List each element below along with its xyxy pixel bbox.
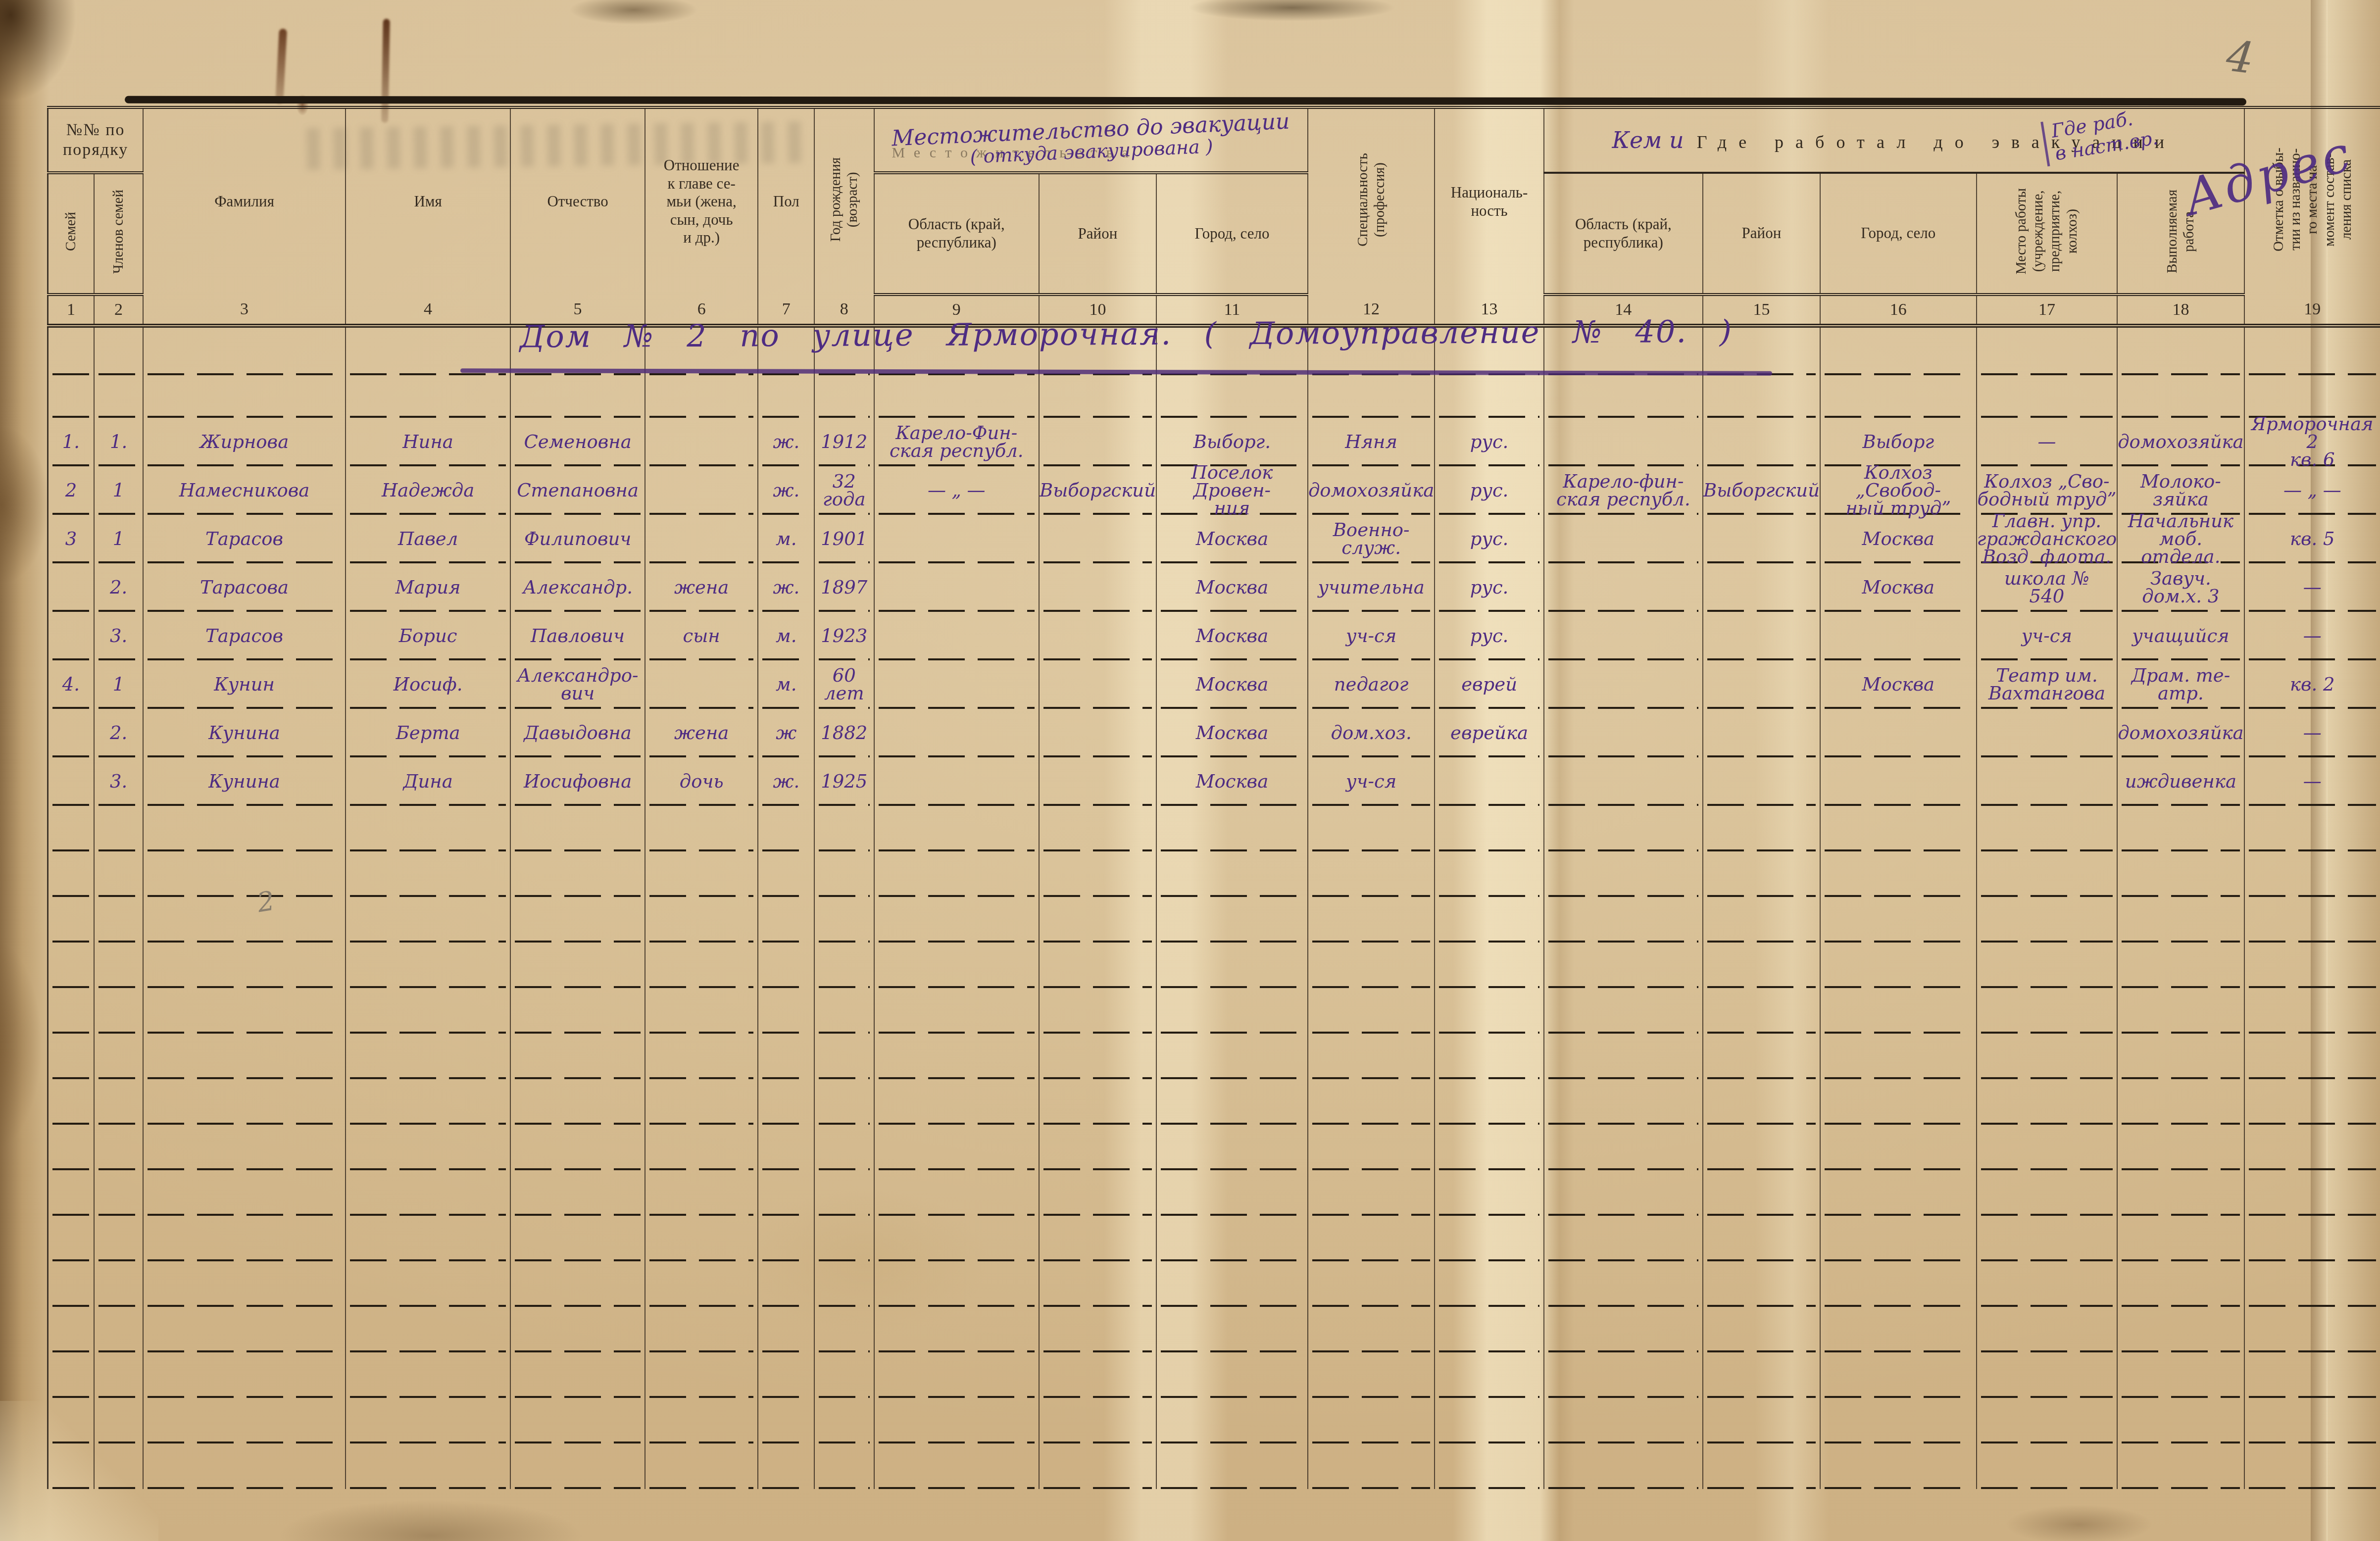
cell: Военно- служ. [1308,515,1435,563]
cell [94,943,143,988]
cell [1039,1398,1156,1443]
cell [645,806,758,851]
cell-content [1435,1216,1543,1261]
cell [2244,988,2380,1034]
col-header-11: Город, село [1194,225,1269,242]
cell-content: Борис [346,612,510,660]
cell-content [49,1216,94,1261]
cell-content: м. [758,612,814,660]
cell-content: Москва [1157,757,1307,806]
cell [346,943,511,988]
cell-content: Дина [346,757,510,806]
cell-content [875,1170,1039,1216]
cell: дом.хоз. [1308,709,1435,757]
cell-content: домохозяйка [1308,466,1434,515]
cell [1544,943,1703,988]
cell-content [1821,1079,1976,1125]
cell [1820,943,1977,988]
cell-content: Выборгский [1040,466,1156,515]
cell-content: 1. [95,418,143,466]
col-header-1: Семей [62,212,79,251]
cell-content [2245,943,2380,988]
cell-content: 1. [49,418,94,466]
cell-content: Карело-фин- ская республ. [1544,466,1702,515]
cell [1977,988,2117,1034]
cell-content [1435,1398,1543,1443]
cell-content [1308,1352,1434,1398]
cell [758,988,814,1034]
cell-content [1977,1170,2117,1216]
cell [143,1307,346,1352]
smudge [1188,0,1396,21]
cell [758,1034,814,1079]
cell: 1 [94,466,143,515]
cell-content [1040,1443,1156,1489]
cell-content [758,375,814,418]
cell-content: Начальник моб. отдела. [2118,515,2243,563]
cell [1544,1398,1703,1443]
cell-content [1544,515,1702,563]
cell: Степановна [510,466,645,515]
table-row [48,1125,2380,1170]
cell-content: рус. [1435,612,1543,660]
cell [1544,851,1703,897]
col-header-cell-12: Специальность (профессия) [1308,107,1435,295]
cell-content [1308,897,1434,943]
cell-content [1977,1034,2117,1079]
table-row [48,1170,2380,1216]
cell-content: Выборг [1821,418,1976,466]
ink-drip [275,29,287,104]
cell-content [511,851,644,897]
cell: Мария [346,563,511,612]
cell [1820,1170,1977,1216]
cell-content: 1912 [815,418,873,466]
cell [48,897,94,943]
cell-content [1435,988,1543,1034]
col-header-cell-10: Район [1039,173,1156,295]
cell [1544,1443,1703,1489]
cell [1156,1261,1308,1307]
cell: 3 [48,515,94,563]
street-title-handwriting: Дом № 2 по улице Ярморочная. ( Домоуправ… [520,311,2203,355]
cell-content [1821,757,1976,806]
cell-content [2245,1170,2380,1216]
cell: Александр. [510,563,645,612]
cell-content [875,1307,1039,1352]
cell-content [1977,851,2117,897]
cell [1820,1443,1977,1489]
cell [758,897,814,943]
cell-content [1821,1034,1976,1079]
cell-content [346,1443,510,1489]
cell-content: школа № 540 [1977,563,2117,612]
cell [1544,806,1703,851]
cell [874,1034,1039,1079]
cell-content [1977,897,2117,943]
cell-content [645,660,758,709]
cell [1435,851,1543,897]
cell [1977,1170,2117,1216]
cell [1703,1261,1820,1307]
cell [874,988,1039,1034]
cell-content [2118,1216,2243,1261]
cell-content [1703,1307,1820,1352]
cell-content [49,375,94,418]
col-header-cell-2: Членов семей [94,173,143,295]
cell-content [1703,1125,1820,1170]
cell-content [1544,1307,1702,1352]
cell-content [1157,1352,1307,1398]
cell-content [49,328,94,375]
cell-content [346,988,510,1034]
cell [1703,851,1820,897]
cell [645,1352,758,1398]
paper-left-edge [0,0,50,1541]
cell-content [1040,1352,1156,1398]
col-number-19: 19 [2244,295,2380,326]
cell-content [645,1216,758,1261]
cell-content [1821,1170,1976,1216]
cell [48,1216,94,1261]
cell [1544,988,1703,1034]
cell-content: Семеновна [511,418,644,466]
cell [2117,1443,2244,1489]
cell-content [875,1261,1039,1307]
cell [1544,375,1703,418]
cell [1156,1079,1308,1125]
cell-content: Москва [1157,515,1307,563]
cell [1156,1352,1308,1398]
cell: рус. [1435,563,1543,612]
cell-content [2245,375,2380,418]
cell-content [346,1034,510,1079]
cell [143,1034,346,1079]
cell [645,1398,758,1443]
cell-content: Жирнова [144,418,345,466]
cell-content [1308,1398,1434,1443]
cell: — [2244,612,2380,660]
cell: — [2244,757,2380,806]
cell [1977,1034,2117,1079]
cell-content [1040,660,1156,709]
cell-content [1703,1443,1820,1489]
cell [1039,660,1156,709]
cell [1156,375,1308,418]
cell-content [1157,1034,1307,1079]
cell: 1897 [814,563,874,612]
cell-content [875,515,1039,563]
cell-content [1821,1443,1976,1489]
cell-content [1977,375,2117,418]
col-header-cell-11: Город, село [1156,173,1308,295]
cell [874,806,1039,851]
cell-content [49,897,94,943]
cell-content: Александр. [511,563,644,612]
cell [2117,1261,2244,1307]
cell-content: — „ — [875,466,1039,515]
cell [1308,1079,1435,1125]
cell-content [2118,1443,2243,1489]
cell-content [511,897,644,943]
cell-content [95,1443,143,1489]
cell-content: Тарасов [144,612,345,660]
cell-content [49,757,94,806]
cell [48,1170,94,1216]
cell-content [1703,851,1820,897]
cell: Няня [1308,418,1435,466]
cell [1308,375,1435,418]
cell [2244,1307,2380,1352]
cell [814,375,874,418]
cell-content [1703,1398,1820,1443]
cell-content [1435,1261,1543,1307]
cell [1435,943,1543,988]
cell-content [645,897,758,943]
cell-content: еврейка [1435,709,1543,757]
cell [874,612,1039,660]
cell-content [875,1216,1039,1261]
cell-content [758,806,814,851]
cell [1544,897,1703,943]
cell-content: 4. [49,660,94,709]
cell-content [49,851,94,897]
cell [346,1352,511,1398]
table-row [48,1079,2380,1125]
cell-content [511,1352,644,1398]
cell-content [1308,1170,1434,1216]
cell: Тарасов [143,515,346,563]
cell [814,851,874,897]
col-header-17: Место работы (учреждение, предприятие, к… [2013,188,2081,274]
cell-content [1157,943,1307,988]
cell-content [511,943,644,988]
cell [1039,1125,1156,1170]
cell [1977,375,2117,418]
cell-content [1544,757,1702,806]
cell: Жирнова [143,418,346,466]
cell-content: 1923 [815,612,873,660]
cell-content: Степановна [511,466,644,515]
cell-content [49,1170,94,1216]
cell-content [645,1170,758,1216]
cell [1039,757,1156,806]
cell [143,897,346,943]
col-header-cell-3: Фамилия [143,107,346,295]
cell [645,897,758,943]
cell [510,806,645,851]
cell [1308,897,1435,943]
cell [1703,1352,1820,1398]
col-header-15: Район [1742,224,1782,242]
cell-content [645,466,758,515]
cell [1820,1261,1977,1307]
cell [1820,1034,1977,1079]
cell-content [1544,1443,1702,1489]
cell-content: 3. [95,757,143,806]
cell-content [1703,988,1820,1034]
cell: домохозяйка [2117,418,2244,466]
cell-content [875,612,1039,660]
cell: жена [645,709,758,757]
cell [1156,1125,1308,1170]
cell-content [2245,1443,2380,1489]
table-row [48,943,2380,988]
cell [1703,375,1820,418]
cell [814,988,874,1034]
cell-content: иждивенка [2118,757,2243,806]
cell [48,709,94,757]
cell-content [1435,851,1543,897]
cell-content [815,375,873,418]
cell-content [2118,1307,2243,1352]
cell: 1. [94,418,143,466]
cell [1039,1170,1156,1216]
cell [814,1216,874,1261]
cell-content [875,660,1039,709]
cell-content [511,1079,644,1125]
cell-content: Тарасов [144,515,345,563]
cell [758,1352,814,1398]
cell [510,1307,645,1352]
cell-content: Москва [1157,563,1307,612]
cell [1039,897,1156,943]
cell-content: Ярморочная 2 кв. 6 [2245,418,2380,466]
cell-content [2245,1125,2380,1170]
cell-content [1977,1443,2117,1489]
cell [874,851,1039,897]
cell-content [2118,1034,2243,1079]
cell-content [1040,1307,1156,1352]
cell-content [875,897,1039,943]
cell [143,1170,346,1216]
cell-content [95,375,143,418]
cell [1435,375,1543,418]
cell: Начальник моб. отдела. [2117,515,2244,563]
cell-content [645,1125,758,1170]
cell [346,326,511,375]
cell-content [2245,851,2380,897]
col-header-12: Специальность (профессия) [1354,153,1388,247]
cell-content [1157,375,1307,418]
cell [758,1216,814,1261]
cell [1039,1034,1156,1079]
cell [1308,1443,1435,1489]
cell [1977,1216,2117,1261]
cell [143,851,346,897]
cell [510,1398,645,1443]
cell-content [758,1261,814,1307]
cell-content [511,988,644,1034]
cell [48,1261,94,1307]
cell-content [1040,418,1156,466]
cell [1544,1034,1703,1079]
cell-content [1703,757,1820,806]
cell-content [49,1352,94,1398]
cell-content [1157,1216,1307,1261]
cell [1703,1079,1820,1125]
cell [48,326,94,375]
cell [1435,806,1543,851]
cell-content [815,1079,873,1125]
cell-content: Выборгский [1703,466,1820,515]
cell-content [49,1443,94,1489]
cell [645,1079,758,1125]
cell-content [49,943,94,988]
cell [143,1261,346,1307]
cell [814,943,874,988]
col-header-cell-14: Область (край, республика) [1544,173,1703,295]
cell: рус. [1435,466,1543,515]
cell-content [815,1170,873,1216]
cell-content [758,1170,814,1216]
cell-content [1544,1034,1702,1079]
cell-content: уч-ся [1977,612,2117,660]
cell-content [1544,1216,1702,1261]
cell [1544,757,1703,806]
cell-content: — [2245,612,2380,660]
cell-content [144,1443,345,1489]
cell [1308,851,1435,897]
cell [1544,1352,1703,1398]
cell [2117,1216,2244,1261]
cell-content [1703,563,1820,612]
cell-content [1040,612,1156,660]
cell-content [1703,515,1820,563]
cell [94,1125,143,1170]
cell-content [1703,1034,1820,1079]
cell: Москва [1820,515,1977,563]
table-row: 2.ТарасоваМарияАлександр.женаж.1897Москв… [48,563,2380,612]
cell-content [645,375,758,418]
cell-content [346,1307,510,1352]
cell-content: учительна [1308,563,1434,612]
cell-content: Москва [1157,660,1307,709]
cell-content [1821,1398,1976,1443]
table-row [48,1352,2380,1398]
cell-content [2245,1034,2380,1079]
cell-content [645,1034,758,1079]
cell [874,897,1039,943]
cell-content [875,1034,1039,1079]
cell-content [815,1034,873,1079]
cell [2117,943,2244,988]
cell-content [2118,943,2243,988]
cell-content [1821,1216,1976,1261]
cell [2117,897,2244,943]
paper-tear [0,426,50,584]
col-header-cell-17: Место работы (учреждение, предприятие, к… [1977,173,2117,295]
cell-content [1435,375,1543,418]
cell [1039,806,1156,851]
cell-content: 32 года [815,466,873,515]
cell-content [95,1261,143,1307]
cell-content [1308,806,1434,851]
work-group-handwritten-prefix: Кем и [1612,127,1684,153]
cell [1039,1352,1156,1398]
cell [874,563,1039,612]
cell-content [1157,988,1307,1034]
group-header-residence: МестожительстваМестожительство до эвакуа… [874,107,1308,173]
cell-content: Колхоз „Свобод- ный труд” [1821,466,1976,515]
cell: ж. [758,563,814,612]
cell-content: Москва [1821,563,1976,612]
cell: Александро- вич [510,660,645,709]
cell [1977,806,2117,851]
cell: Выборгский [1039,466,1156,515]
cell-content [144,806,345,851]
cell-content [1157,1443,1307,1489]
